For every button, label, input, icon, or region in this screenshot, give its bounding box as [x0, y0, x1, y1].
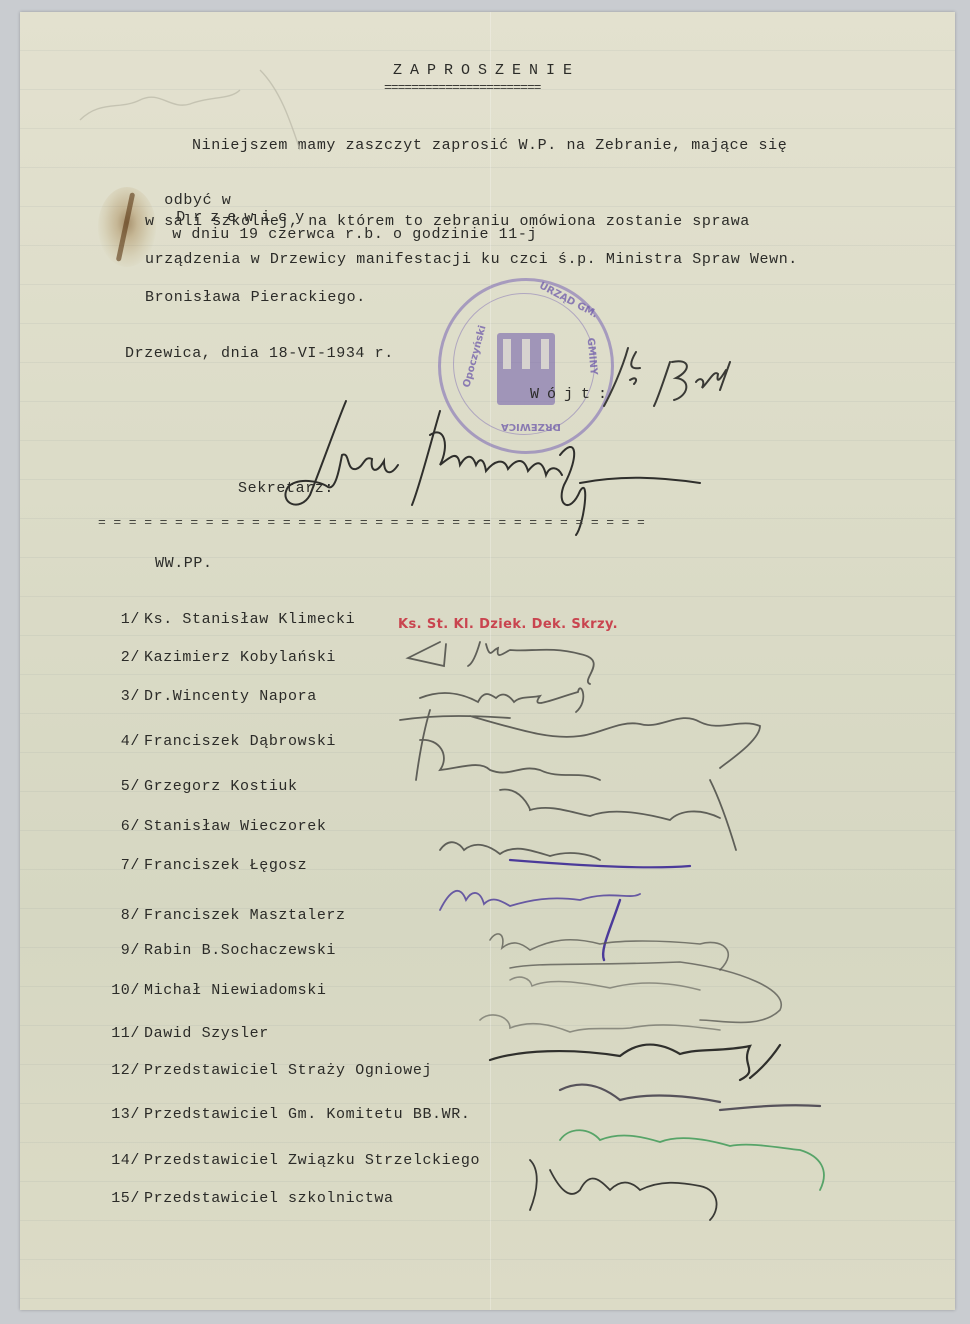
invitee-name: Michał Niewiadomski [144, 982, 326, 999]
body-line-2: odbyć w Drzewicy w dniu 19 czerwca r.b. … [145, 175, 537, 243]
red-stamp: Ks. St. Kl. Dziek. Dek. Skrzy. [398, 617, 618, 632]
body-line-2a: odbyć w [164, 192, 231, 209]
invitee-number: 8/ [100, 907, 140, 924]
invitee-number: 11/ [100, 1025, 140, 1042]
body-line-3: w sali szkolnej, na którem to zebraniu o… [145, 213, 750, 230]
invitee-row: 11/Dawid Szysler [100, 1025, 269, 1042]
stamp-text-right: GMINY [585, 337, 599, 375]
invitee-number: 5/ [100, 778, 140, 795]
document-title: ZAPROSZENIE [393, 62, 580, 79]
invitee-signatures-lower [420, 870, 870, 1230]
body-line-4: urządzenia w Drzewicy manifestacji ku cz… [145, 251, 798, 268]
invitee-number: 12/ [100, 1062, 140, 1079]
body-line-5: Bronisława Pierackiego. [145, 289, 366, 306]
invitee-signatures-pencil [380, 640, 780, 880]
invitee-name: Dr.Wincenty Napora [144, 688, 317, 705]
invitee-number: 3/ [100, 688, 140, 705]
invitee-number: 15/ [100, 1190, 140, 1207]
invitee-number: 9/ [100, 942, 140, 959]
invitee-name: Rabin B.Sochaczewski [144, 942, 336, 959]
invitee-number: 6/ [100, 818, 140, 835]
invitee-name: Dawid Szysler [144, 1025, 269, 1042]
invitee-row: 8/Franciszek Masztalerz [100, 907, 346, 924]
invitee-name: Ks. Stanisław Klimecki [144, 611, 355, 628]
invitee-number: 4/ [100, 733, 140, 750]
invitee-row: 9/Rabin B.Sochaczewski [100, 942, 336, 959]
invitee-number: 14/ [100, 1152, 140, 1169]
invitee-row: 15/Przedstawiciel szkolnictwa [100, 1190, 394, 1207]
faint-pencil-marks [60, 60, 340, 160]
invitee-name: Kazimierz Kobylański [144, 649, 336, 666]
title-underline: ======================= [384, 80, 540, 95]
invitee-name: Przedstawiciel szkolnictwa [144, 1190, 394, 1207]
invitee-row: 1/Ks. Stanisław Klimecki [100, 611, 355, 628]
invitee-name: Franciszek Dąbrowski [144, 733, 336, 750]
invitee-number: 7/ [100, 857, 140, 874]
invitee-row: 2/Kazimierz Kobylański [100, 649, 336, 666]
invitee-number: 1/ [100, 611, 140, 628]
invitee-row: 5/Grzegorz Kostiuk [100, 778, 298, 795]
invitee-number: 10/ [100, 982, 140, 999]
section-separator: ==================================== [98, 515, 652, 530]
invitee-row: 6/Stanisław Wieczorek [100, 818, 326, 835]
invitee-row: 7/Franciszek Łęgosz [100, 857, 307, 874]
invitee-name: Przedstawiciel Straży Ogniowej [144, 1062, 432, 1079]
date-line: Drzewica, dnia 18-VI-1934 r. [125, 345, 394, 362]
invitee-row: 3/Dr.Wincenty Napora [100, 688, 317, 705]
invitee-row: 13/Przedstawiciel Gm. Komitetu BB.WR. [100, 1106, 470, 1123]
invitee-number: 13/ [100, 1106, 140, 1123]
invitee-name: Franciszek Łęgosz [144, 857, 307, 874]
invitee-row: 4/Franciszek Dąbrowski [100, 733, 336, 750]
invitee-name: Franciszek Masztalerz [144, 907, 346, 924]
invitee-number: 2/ [100, 649, 140, 666]
invitee-row: 12/Przedstawiciel Straży Ogniowej [100, 1062, 432, 1079]
invitee-row: 10/Michał Niewiadomski [100, 982, 326, 999]
invitee-name: Stanisław Wieczorek [144, 818, 326, 835]
addressees-header: WW.PP. [155, 555, 213, 572]
invitee-name: Grzegorz Kostiuk [144, 778, 298, 795]
